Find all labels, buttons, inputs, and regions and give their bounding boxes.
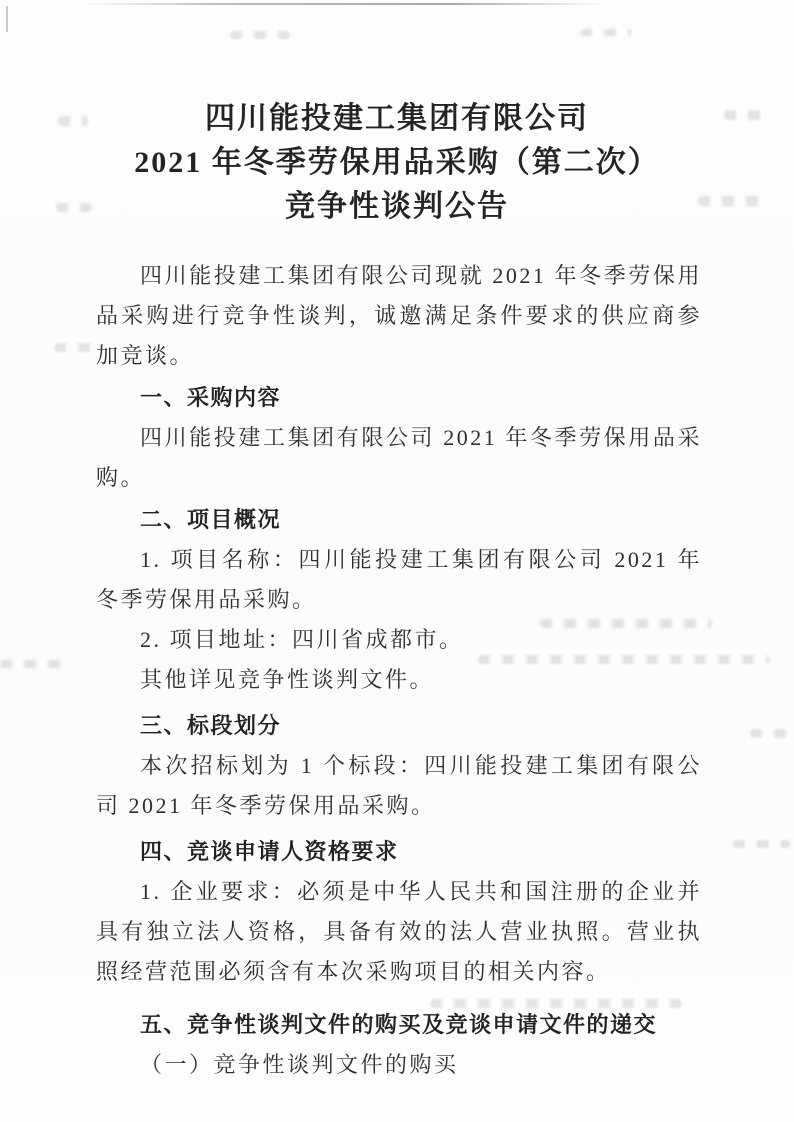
- document-body: 四川能投建工集团有限公司现就 2021 年冬季劳保用品采购进行竞争性谈判，诚邀满…: [96, 256, 702, 1085]
- bleedthrough-smudge: [478, 655, 770, 664]
- section-1-paragraph: 四川能投建工集团有限公司 2021 年冬季劳保用品采购。: [96, 418, 702, 498]
- scan-edge-line: [84, 3, 604, 5]
- scan-corner-mark: [6, 6, 8, 32]
- bleedthrough-smudge: [58, 116, 88, 126]
- section-5-paragraph-document-purchase: （一）竞争性谈判文件的购买: [96, 1045, 702, 1085]
- section-3-paragraph: 本次招标划为 1 个标段：四川能投建工集团有限公司 2021 年冬季劳保用品采购…: [96, 746, 702, 826]
- bleedthrough-smudge: [750, 729, 792, 738]
- section-2-paragraph-project-name: 1. 项目名称：四川能投建工集团有限公司 2021 年冬季劳保用品采购。: [96, 540, 702, 620]
- bleedthrough-smudge: [54, 343, 104, 352]
- scanned-document-page: 四川能投建工集团有限公司 2021 年冬季劳保用品采购（第二次） 竞争性谈判公告…: [0, 0, 794, 1122]
- bleedthrough-smudge: [698, 196, 770, 206]
- section-heading-1-purchase-content: 一、采购内容: [96, 378, 702, 418]
- intro-paragraph: 四川能投建工集团有限公司现就 2021 年冬季劳保用品采购进行竞争性谈判，诚邀满…: [96, 256, 702, 376]
- bleedthrough-smudge: [430, 999, 682, 1008]
- section-heading-4-applicant-qualifications: 四、竞谈申请人资格要求: [96, 832, 702, 872]
- section-heading-3-bid-sections: 三、标段划分: [96, 706, 702, 746]
- bleedthrough-smudge: [580, 29, 632, 36]
- bleedthrough-smudge: [230, 31, 290, 39]
- bleedthrough-smudge: [724, 110, 772, 120]
- bleedthrough-smudge: [540, 619, 712, 628]
- title-line-company: 四川能投建工集团有限公司: [0, 97, 794, 141]
- bleedthrough-smudge: [56, 203, 92, 212]
- section-4-paragraph-enterprise-requirements: 1. 企业要求：必须是中华人民共和国注册的企业并具有独立法人资格，具备有效的法人…: [96, 872, 702, 992]
- bleedthrough-smudge: [733, 840, 790, 848]
- section-heading-2-project-overview: 二、项目概况: [96, 500, 702, 540]
- section-2-paragraph-other-details: 其他详见竞争性谈判文件。: [96, 660, 702, 700]
- title-line-project: 2021 年冬季劳保用品采购（第二次）: [0, 141, 794, 185]
- section-heading-5-document-purchase-and-submission: 五、竞争性谈判文件的购买及竞谈申请文件的递交: [96, 1005, 702, 1045]
- bleedthrough-smudge: [0, 660, 70, 668]
- title-line-notice-type: 竞争性谈判公告: [0, 185, 794, 229]
- document-title: 四川能投建工集团有限公司 2021 年冬季劳保用品采购（第二次） 竞争性谈判公告: [0, 0, 794, 229]
